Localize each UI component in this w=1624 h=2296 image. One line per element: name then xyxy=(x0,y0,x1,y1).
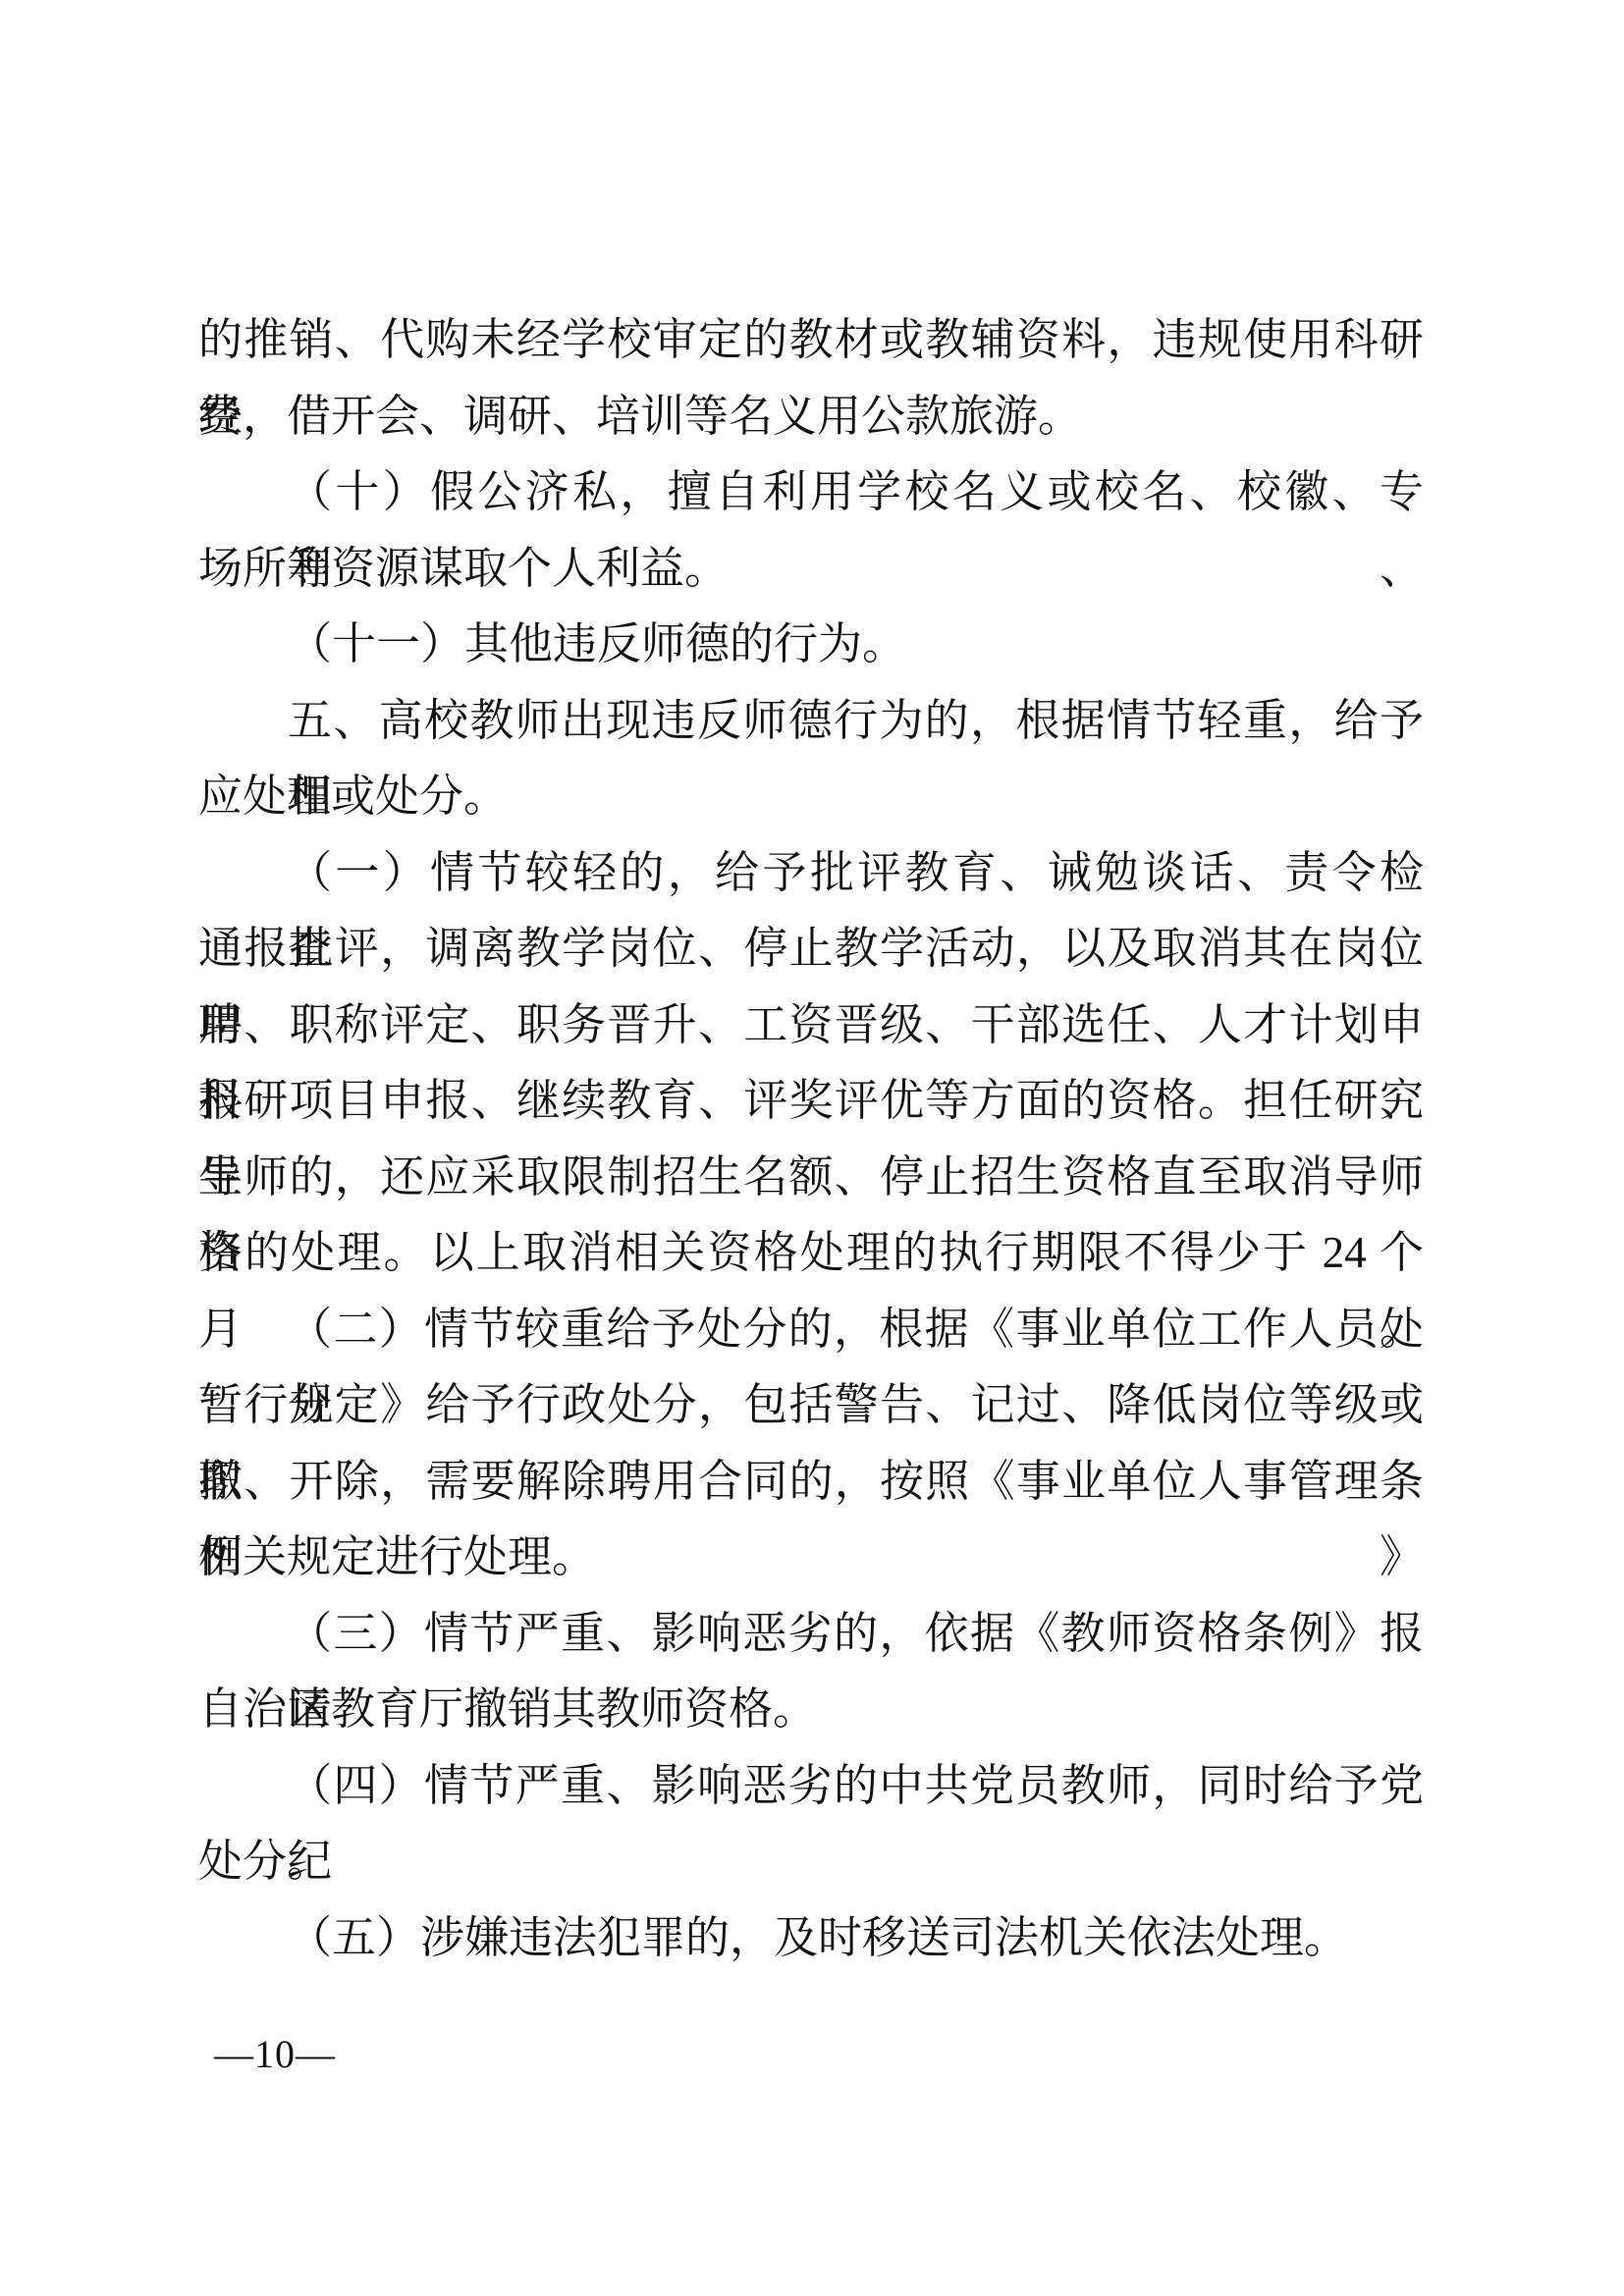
text-line: （五）涉嫌违法犯罪的，及时移送司法机关依法处理。 xyxy=(198,1900,1424,1977)
text-line: 格的处理。以上取消相关资格处理的执行期限不得少于 24 个月。 xyxy=(198,1215,1424,1292)
text-line: （十一）其他违反师德的行为。 xyxy=(198,607,1424,683)
page-number: —10— xyxy=(214,2032,336,2077)
text-line: （十）假公济私，擅自利用学校名义或校名、校徽、专利、 xyxy=(198,454,1424,531)
text-line: 的推销、代购未经学校审定的教材或教辅资料，违规使用科研经 xyxy=(198,302,1424,379)
text-line: 应处理或处分。 xyxy=(198,759,1424,835)
text-line: 处分。 xyxy=(198,1824,1424,1900)
text-line: 用、职称评定、职务晋升、工资晋级、干部选任、人才计划申报、 xyxy=(198,988,1424,1064)
text-line: 职、开除，需要解除聘用合同的，按照《事业单位人事管理条例》 xyxy=(198,1444,1424,1521)
text-line: （二）情节较重给予处分的，根据《事业单位工作人员处分 xyxy=(198,1292,1424,1368)
text-line: 费，借开会、调研、培训等名义用公款旅游。 xyxy=(198,379,1424,455)
text-line: 通报批评，调离教学岗位、停止教学活动，以及取消其在岗位聘 xyxy=(198,911,1424,988)
text-line: （四）情节严重、影响恶劣的中共党员教师，同时给予党纪 xyxy=(198,1748,1424,1825)
document-page: 的推销、代购未经学校审定的教材或教辅资料，违规使用科研经费，借开会、调研、培训等… xyxy=(0,0,1624,2296)
text-line: 五、高校教师出现违反师德行为的，根据情节轻重，给予相 xyxy=(198,683,1424,760)
text-line: 导师的，还应采取限制招生名额、停止招生资格直至取消导师资 xyxy=(198,1140,1424,1216)
text-line: （一）情节较轻的，给予批评教育、诫勉谈话、责令检查、 xyxy=(198,835,1424,912)
text-line: 科研项目申报、继续教育、评奖评优等方面的资格。担任研究生 xyxy=(198,1063,1424,1140)
text-line: 自治区教育厅撤销其教师资格。 xyxy=(198,1672,1424,1748)
body-text: 的推销、代购未经学校审定的教材或教辅资料，违规使用科研经费，借开会、调研、培训等… xyxy=(198,302,1424,1976)
text-line: （三）情节严重、影响恶劣的，依据《教师资格条例》报请 xyxy=(198,1596,1424,1673)
text-line: 暂行规定》给予行政处分，包括警告、记过、降低岗位等级或撤 xyxy=(198,1367,1424,1444)
